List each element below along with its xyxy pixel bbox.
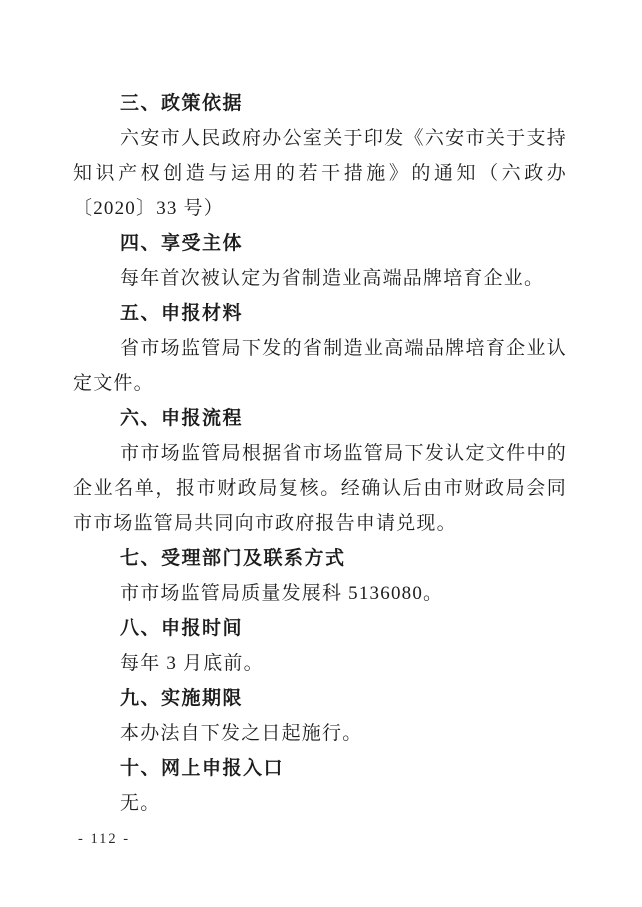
section-heading: 四、享受主体: [73, 226, 567, 261]
section-heading: 七、受理部门及联系方式: [73, 541, 567, 576]
document-section: 四、享受主体 每年首次被认定为省制造业高端品牌培育企业。: [73, 226, 567, 296]
document-section: 十、网上申报入口 无。: [73, 751, 567, 821]
section-heading: 九、实施期限: [73, 681, 567, 716]
document-section: 七、受理部门及联系方式 市市场监管局质量发展科 5136080。: [73, 541, 567, 611]
document-page: 三、政策依据 六安市人民政府办公室关于印发《六安市关于支持知识产权创造与运用的若…: [0, 0, 642, 907]
section-paragraph: 市市场监管局根据省市场监管局下发认定文件中的企业名单，报市财政局复核。经确认后由…: [73, 436, 567, 541]
section-heading: 五、申报材料: [73, 296, 567, 331]
section-paragraph: 本办法自下发之日起施行。: [73, 716, 567, 751]
section-paragraph: 省市场监管局下发的省制造业高端品牌培育企业认定文件。: [73, 331, 567, 401]
document-section: 五、申报材料 省市场监管局下发的省制造业高端品牌培育企业认定文件。: [73, 296, 567, 401]
section-paragraph: 六安市人民政府办公室关于印发《六安市关于支持知识产权创造与运用的若干措施》的通知…: [73, 121, 567, 226]
document-section: 八、申报时间 每年 3 月底前。: [73, 611, 567, 681]
section-heading: 三、政策依据: [73, 86, 567, 121]
document-body: 三、政策依据 六安市人民政府办公室关于印发《六安市关于支持知识产权创造与运用的若…: [73, 86, 567, 821]
document-section: 三、政策依据 六安市人民政府办公室关于印发《六安市关于支持知识产权创造与运用的若…: [73, 86, 567, 226]
section-paragraph: 无。: [73, 786, 567, 821]
section-paragraph: 市市场监管局质量发展科 5136080。: [73, 576, 567, 611]
document-section: 六、申报流程 市市场监管局根据省市场监管局下发认定文件中的企业名单，报市财政局复…: [73, 401, 567, 541]
section-paragraph: 每年 3 月底前。: [73, 646, 567, 681]
section-heading: 六、申报流程: [73, 401, 567, 436]
section-heading: 十、网上申报入口: [73, 751, 567, 786]
page-footer: - 112 -: [78, 831, 130, 848]
section-paragraph: 每年首次被认定为省制造业高端品牌培育企业。: [73, 261, 567, 296]
section-heading: 八、申报时间: [73, 611, 567, 646]
page-number: - 112 -: [78, 831, 130, 847]
document-section: 九、实施期限 本办法自下发之日起施行。: [73, 681, 567, 751]
